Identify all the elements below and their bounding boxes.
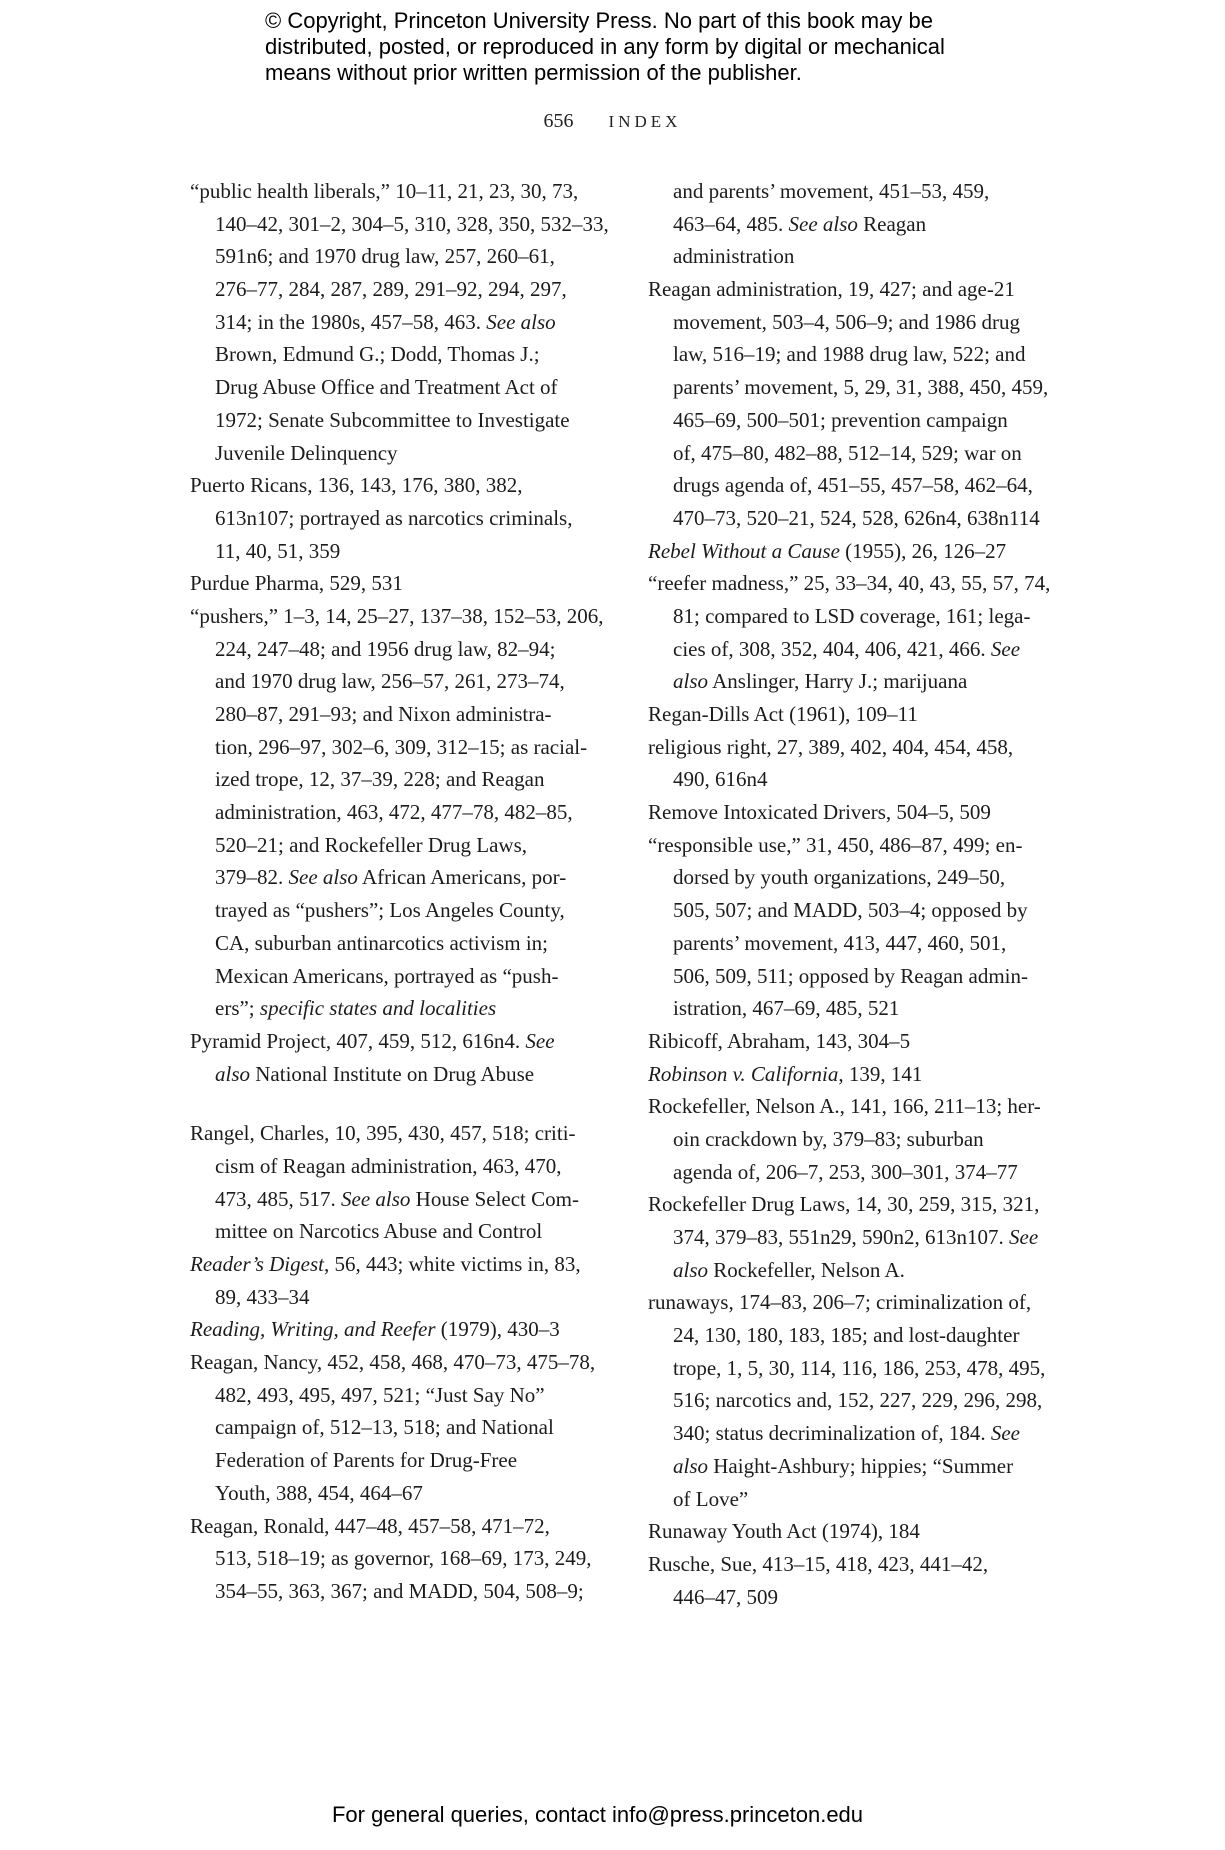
index-entry-heading-line: Runaway Youth Act (1974), 184 — [648, 1515, 1078, 1548]
copyright-notice: © Copyright, Princeton University Press.… — [265, 8, 1025, 86]
index-entry-subline: 506, 509, 511; opposed by Reagan admin- — [648, 960, 1078, 993]
italic-text: Rebel Without a Cause — [648, 539, 840, 563]
italic-text: See also — [789, 212, 858, 236]
index-entry: “pushers,” 1–3, 14, 25–27, 137–38, 152–5… — [190, 600, 620, 1025]
text: drugs agenda of, 451–55, 457–58, 462–64, — [673, 473, 1033, 497]
text: House Select Com- — [410, 1187, 579, 1211]
italic-text: See — [1009, 1225, 1038, 1249]
index-entry-subline: CA, suburban antinarcotics activism in; — [190, 927, 620, 960]
text: 280–87, 291–93; and Nixon administra- — [215, 702, 552, 726]
section-title: INDEX — [609, 112, 682, 131]
text: , 56, 443; white victims in, 83, — [324, 1252, 581, 1276]
text: Drug Abuse Office and Treatment Act of — [215, 375, 558, 399]
index-entry: Puerto Ricans, 136, 143, 176, 380, 382,6… — [190, 469, 620, 567]
text: 613n107; portrayed as narcotics criminal… — [215, 506, 572, 530]
text: 224, 247–48; and 1956 drug law, 82–94; — [215, 637, 555, 661]
text: cies of, 308, 352, 404, 406, 421, 466. — [673, 637, 991, 661]
index-entry-heading-line: Pyramid Project, 407, 459, 512, 616n4. S… — [190, 1025, 620, 1058]
index-entry: Ribicoff, Abraham, 143, 304–5 — [648, 1025, 1078, 1058]
text: oin crackdown by, 379–83; suburban — [673, 1127, 984, 1151]
index-entry-subline: Juvenile Delinquency — [190, 437, 620, 470]
text: parents’ movement, 5, 29, 31, 388, 450, … — [673, 375, 1048, 399]
index-entry: religious right, 27, 389, 402, 404, 454,… — [648, 731, 1078, 796]
index-entry-subline: dorsed by youth organizations, 249–50, — [648, 861, 1078, 894]
index-entry-subline: also Rockefeller, Nelson A. — [648, 1254, 1078, 1287]
italic-text: See — [525, 1029, 554, 1053]
index-entry-heading-line: religious right, 27, 389, 402, 404, 454,… — [648, 731, 1078, 764]
text: 276–77, 284, 287, 289, 291–92, 294, 297, — [215, 277, 567, 301]
index-entry: “reefer madness,” 25, 33–34, 40, 43, 55,… — [648, 567, 1078, 698]
text: Remove Intoxicated Drivers, 504–5, 509 — [648, 800, 991, 824]
index-entry-subline: cism of Reagan administration, 463, 470, — [190, 1150, 620, 1183]
text: Rockefeller, Nelson A. — [708, 1258, 905, 1282]
page-number: 656 — [544, 110, 574, 132]
index-entry-subline: 490, 616n4 — [648, 763, 1078, 796]
text: 81; compared to LSD coverage, 161; lega- — [673, 604, 1030, 628]
index-entry-heading-line: Reagan administration, 19, 427; and age-… — [648, 273, 1078, 306]
text: CA, suburban antinarcotics activism in; — [215, 931, 548, 955]
italic-text: also — [673, 1454, 708, 1478]
text: dorsed by youth organizations, 249–50, — [673, 865, 1005, 889]
text: 490, 616n4 — [673, 767, 768, 791]
index-entry: Rusche, Sue, 413–15, 418, 423, 441–42,44… — [648, 1548, 1078, 1613]
text: Anslinger, Harry J.; marijuana — [708, 669, 967, 693]
text: Youth, 388, 454, 464–67 — [215, 1481, 423, 1505]
index-entry-subline: 140–42, 301–2, 304–5, 310, 328, 350, 532… — [190, 208, 620, 241]
index-entry-heading-line: “pushers,” 1–3, 14, 25–27, 137–38, 152–5… — [190, 600, 620, 633]
text: “responsible use,” 31, 450, 486–87, 499;… — [648, 833, 1022, 857]
index-entry-heading-line: Rusche, Sue, 413–15, 418, 423, 441–42, — [648, 1548, 1078, 1581]
index-entry-heading-line: Reagan, Ronald, 447–48, 457–58, 471–72, — [190, 1510, 620, 1543]
index-entry-heading-line: Robinson v. California, 139, 141 — [648, 1058, 1078, 1091]
italic-text: Reader’s Digest — [190, 1252, 324, 1276]
index-entry-subline: Brown, Edmund G.; Dodd, Thomas J.; — [190, 338, 620, 371]
text: Brown, Edmund G.; Dodd, Thomas J.; — [215, 342, 540, 366]
text: tion, 296–97, 302–6, 309, 312–15; as rac… — [215, 735, 587, 759]
text: of Love” — [673, 1487, 748, 1511]
index-entry-subline: of Love” — [648, 1483, 1078, 1516]
italic-text: See also — [486, 310, 555, 334]
index-entry-subline: 513, 518–19; as governor, 168–69, 173, 2… — [190, 1542, 620, 1575]
italic-text: also — [673, 669, 708, 693]
text: Puerto Ricans, 136, 143, 176, 380, 382, — [190, 473, 522, 497]
index-entry-heading-line: Reading, Writing, and Reefer (1979), 430… — [190, 1313, 620, 1346]
index-entry-subline: ized trope, 12, 37–39, 228; and Reagan — [190, 763, 620, 796]
text: African Americans, por- — [358, 865, 566, 889]
text: 463–64, 485. — [673, 212, 789, 236]
italic-text: See — [991, 637, 1020, 661]
text: administration, 463, 472, 477–78, 482–85… — [215, 800, 573, 824]
text: Rockefeller, Nelson A., 141, 166, 211–13… — [648, 1094, 1041, 1118]
index-entry: Runaway Youth Act (1974), 184 — [648, 1515, 1078, 1548]
index-entry-subline: istration, 467–69, 485, 521 — [648, 992, 1078, 1025]
index-entry: Rebel Without a Cause (1955), 26, 126–27 — [648, 535, 1078, 568]
text: mittee on Narcotics Abuse and Control — [215, 1219, 542, 1243]
index-column-right: and parents’ movement, 451–53, 459,463–6… — [648, 175, 1078, 1613]
copyright-line: © Copyright, Princeton University Press.… — [265, 8, 1025, 34]
text: 473, 485, 517. — [215, 1187, 341, 1211]
index-entry-subline: tion, 296–97, 302–6, 309, 312–15; as rac… — [190, 731, 620, 764]
index-entry-subline: Federation of Parents for Drug-Free — [190, 1444, 620, 1477]
index-entry-subline: mittee on Narcotics Abuse and Control — [190, 1215, 620, 1248]
index-entry-heading-line: “responsible use,” 31, 450, 486–87, 499;… — [648, 829, 1078, 862]
index-entry-heading-line: “public health liberals,” 10–11, 21, 23,… — [190, 175, 620, 208]
index-entry-subline: also National Institute on Drug Abuse — [190, 1058, 620, 1091]
index-entry-subline: parents’ movement, 5, 29, 31, 388, 450, … — [648, 371, 1078, 404]
index-entry-heading-line: Remove Intoxicated Drivers, 504–5, 509 — [648, 796, 1078, 829]
text: Juvenile Delinquency — [215, 441, 398, 465]
text: and 1970 drug law, 256–57, 261, 273–74, — [215, 669, 565, 693]
text: law, 516–19; and 1988 drug law, 522; and — [673, 342, 1025, 366]
text: and parents’ movement, 451–53, 459, — [673, 179, 989, 203]
text: of, 475–80, 482–88, 512–14, 529; war on — [673, 441, 1022, 465]
index-entry-subline: 465–69, 500–501; prevention campaign — [648, 404, 1078, 437]
text: Rangel, Charles, 10, 395, 430, 457, 518;… — [190, 1121, 576, 1145]
index-entry: Reader’s Digest, 56, 443; white victims … — [190, 1248, 620, 1313]
index-entry-heading-line: Rebel Without a Cause (1955), 26, 126–27 — [648, 535, 1078, 568]
index-entry-subline: trope, 1, 5, 30, 114, 116, 186, 253, 478… — [648, 1352, 1078, 1385]
text: istration, 467–69, 485, 521 — [673, 996, 899, 1020]
text: Ribicoff, Abraham, 143, 304–5 — [648, 1029, 910, 1053]
index-entry-heading-line: Rockefeller Drug Laws, 14, 30, 259, 315,… — [648, 1188, 1078, 1221]
index-entry: “public health liberals,” 10–11, 21, 23,… — [190, 175, 620, 469]
index-entry: Rockefeller, Nelson A., 141, 166, 211–13… — [648, 1090, 1078, 1188]
index-entry-subline: law, 516–19; and 1988 drug law, 522; and — [648, 338, 1078, 371]
index-entry-heading-line: Reagan, Nancy, 452, 458, 468, 470–73, 47… — [190, 1346, 620, 1379]
index-entry: Remove Intoxicated Drivers, 504–5, 509 — [648, 796, 1078, 829]
index-entry-subline: 276–77, 284, 287, 289, 291–92, 294, 297, — [190, 273, 620, 306]
text: Reagan administration, 19, 427; and age-… — [648, 277, 1015, 301]
index-entry-subline: of, 475–80, 482–88, 512–14, 529; war on — [648, 437, 1078, 470]
index-entry: Purdue Pharma, 529, 531 — [190, 567, 620, 600]
index-entry-subline: campaign of, 512–13, 518; and National — [190, 1411, 620, 1444]
index-entry-subline: 482, 493, 495, 497, 521; “Just Say No” — [190, 1379, 620, 1412]
index-entry-heading-line: Regan-Dills Act (1961), 109–11 — [648, 698, 1078, 731]
text: 374, 379–83, 551n29, 590n2, 613n107. — [673, 1225, 1009, 1249]
text: 314; in the 1980s, 457–58, 463. — [215, 310, 486, 334]
index-entry-subline: 473, 485, 517. See also House Select Com… — [190, 1183, 620, 1216]
index-entry: Reading, Writing, and Reefer (1979), 430… — [190, 1313, 620, 1346]
index-entry-heading-line: “reefer madness,” 25, 33–34, 40, 43, 55,… — [648, 567, 1078, 600]
index-entry-subline: also Haight-Ashbury; hippies; “Summer — [648, 1450, 1078, 1483]
text: 520–21; and Rockefeller Drug Laws, — [215, 833, 527, 857]
index-entry-subline: agenda of, 206–7, 253, 300–301, 374–77 — [648, 1156, 1078, 1189]
index-entry-subline: and 1970 drug law, 256–57, 261, 273–74, — [190, 665, 620, 698]
index-entry-subline: 613n107; portrayed as narcotics criminal… — [190, 502, 620, 535]
index-entry: Rockefeller Drug Laws, 14, 30, 259, 315,… — [648, 1188, 1078, 1286]
footer: For general queries, contact info@press.… — [0, 1802, 1225, 1828]
index-entry-heading-line: Rangel, Charles, 10, 395, 430, 457, 518;… — [190, 1117, 620, 1150]
index-entry: and parents’ movement, 451–53, 459,463–6… — [648, 175, 1078, 273]
text: 482, 493, 495, 497, 521; “Just Say No” — [215, 1383, 545, 1407]
index-entry-heading-line: Puerto Ricans, 136, 143, 176, 380, 382, — [190, 469, 620, 502]
text: trope, 1, 5, 30, 114, 116, 186, 253, 478… — [673, 1356, 1045, 1380]
running-head: 656 INDEX — [0, 110, 1225, 133]
index-entry-subline: 81; compared to LSD coverage, 161; lega- — [648, 600, 1078, 633]
italic-text: See also — [289, 865, 358, 889]
text: , 139, 141 — [838, 1062, 922, 1086]
index-entry-subline: 591n6; and 1970 drug law, 257, 260–61, — [190, 240, 620, 273]
text: 505, 507; and MADD, 503–4; opposed by — [673, 898, 1028, 922]
italic-text: specific states and localities — [260, 996, 496, 1020]
footer-contact: For general queries, contact info@press.… — [332, 1802, 863, 1827]
text: (1979), 430–3 — [436, 1317, 560, 1341]
index-entry-subline: 1972; Senate Subcommittee to Investigate — [190, 404, 620, 437]
index-entry-subline: 463–64, 485. See also Reagan — [648, 208, 1078, 241]
index-entry-subline: movement, 503–4, 506–9; and 1986 drug — [648, 306, 1078, 339]
text: campaign of, 512–13, 518; and National — [215, 1415, 554, 1439]
text: Purdue Pharma, 529, 531 — [190, 571, 403, 595]
text: Pyramid Project, 407, 459, 512, 616n4. — [190, 1029, 525, 1053]
italic-text: also — [673, 1258, 708, 1282]
text: movement, 503–4, 506–9; and 1986 drug — [673, 310, 1020, 334]
text: Reagan — [858, 212, 926, 236]
index-entry-subline: also Anslinger, Harry J.; marijuana — [648, 665, 1078, 698]
index-entry: Regan-Dills Act (1961), 109–11 — [648, 698, 1078, 731]
index-entry-subline: 446–47, 509 — [648, 1581, 1078, 1614]
italic-text: Robinson v. California — [648, 1062, 838, 1086]
text: “pushers,” 1–3, 14, 25–27, 137–38, 152–5… — [190, 604, 604, 628]
index-entry: Reagan, Nancy, 452, 458, 468, 470–73, 47… — [190, 1346, 620, 1509]
text: Haight-Ashbury; hippies; “Summer — [708, 1454, 1013, 1478]
text: 140–42, 301–2, 304–5, 310, 328, 350, 532… — [215, 212, 609, 236]
text: 89, 433–34 — [215, 1285, 310, 1309]
text: ized trope, 12, 37–39, 228; and Reagan — [215, 767, 545, 791]
letter-group-gap — [190, 1090, 620, 1117]
index-entry-subline: 11, 40, 51, 359 — [190, 535, 620, 568]
index-entry-subline: Drug Abuse Office and Treatment Act of — [190, 371, 620, 404]
index-entry-subline: 354–55, 363, 367; and MADD, 504, 508–9; — [190, 1575, 620, 1608]
text: Reagan, Ronald, 447–48, 457–58, 471–72, — [190, 1514, 550, 1538]
text: 446–47, 509 — [673, 1585, 778, 1609]
index-entry-subline: and parents’ movement, 451–53, 459, — [648, 175, 1078, 208]
text: trayed as “pushers”; Los Angeles County, — [215, 898, 565, 922]
index-entry: Reagan, Ronald, 447–48, 457–58, 471–72,5… — [190, 1510, 620, 1608]
index-entry-subline: 89, 433–34 — [190, 1281, 620, 1314]
text: 354–55, 363, 367; and MADD, 504, 508–9; — [215, 1579, 584, 1603]
index-entry-heading-line: Rockefeller, Nelson A., 141, 166, 211–13… — [648, 1090, 1078, 1123]
text: 379–82. — [215, 865, 289, 889]
index-entry: Pyramid Project, 407, 459, 512, 616n4. S… — [190, 1025, 620, 1090]
text: 11, 40, 51, 359 — [215, 539, 340, 563]
italic-text: Reading, Writing, and Reefer — [190, 1317, 436, 1341]
text: cism of Reagan administration, 463, 470, — [215, 1154, 561, 1178]
index-entry-subline: Mexican Americans, portrayed as “push- — [190, 960, 620, 993]
text: 340; status decriminalization of, 184. — [673, 1421, 991, 1445]
text: 24, 130, 180, 183, 185; and lost-daughte… — [673, 1323, 1019, 1347]
text: 513, 518–19; as governor, 168–69, 173, 2… — [215, 1546, 592, 1570]
text: Federation of Parents for Drug-Free — [215, 1448, 517, 1472]
index-entry-subline: parents’ movement, 413, 447, 460, 501, — [648, 927, 1078, 960]
index-entry-subline: 224, 247–48; and 1956 drug law, 82–94; — [190, 633, 620, 666]
text: 591n6; and 1970 drug law, 257, 260–61, — [215, 244, 555, 268]
index-entry-heading-line: runaways, 174–83, 206–7; criminalization… — [648, 1286, 1078, 1319]
italic-text: also — [215, 1062, 250, 1086]
index-entry-subline: administration, 463, 472, 477–78, 482–85… — [190, 796, 620, 829]
text: Rusche, Sue, 413–15, 418, 423, 441–42, — [648, 1552, 988, 1576]
index-entry-subline: 280–87, 291–93; and Nixon administra- — [190, 698, 620, 731]
text: Reagan, Nancy, 452, 458, 468, 470–73, 47… — [190, 1350, 595, 1374]
index-entry: Robinson v. California, 139, 141 — [648, 1058, 1078, 1091]
text: 465–69, 500–501; prevention campaign — [673, 408, 1008, 432]
index-entry-subline: 374, 379–83, 551n29, 590n2, 613n107. See — [648, 1221, 1078, 1254]
text: 470–73, 520–21, 524, 528, 626n4, 638n114 — [673, 506, 1040, 530]
index-entry: runaways, 174–83, 206–7; criminalization… — [648, 1286, 1078, 1515]
text: Runaway Youth Act (1974), 184 — [648, 1519, 920, 1543]
index-entry-subline: 470–73, 520–21, 524, 528, 626n4, 638n114 — [648, 502, 1078, 535]
copyright-line: distributed, posted, or reproduced in an… — [265, 34, 1025, 60]
text: (1955), 26, 126–27 — [840, 539, 1006, 563]
text: runaways, 174–83, 206–7; criminalization… — [648, 1290, 1031, 1314]
text: 506, 509, 511; opposed by Reagan admin- — [673, 964, 1028, 988]
text: “public health liberals,” 10–11, 21, 23,… — [190, 179, 578, 203]
index-entry: Reagan administration, 19, 427; and age-… — [648, 273, 1078, 535]
text: 1972; Senate Subcommittee to Investigate — [215, 408, 570, 432]
index-entry-subline: 340; status decriminalization of, 184. S… — [648, 1417, 1078, 1450]
index-entry-subline: cies of, 308, 352, 404, 406, 421, 466. S… — [648, 633, 1078, 666]
index-entry-subline: 520–21; and Rockefeller Drug Laws, — [190, 829, 620, 862]
index-entry-subline: 379–82. See also African Americans, por- — [190, 861, 620, 894]
index-entry-subline: trayed as “pushers”; Los Angeles County, — [190, 894, 620, 927]
copyright-line: means without prior written permission o… — [265, 60, 1025, 86]
italic-text: See — [991, 1421, 1020, 1445]
text: religious right, 27, 389, 402, 404, 454,… — [648, 735, 1013, 759]
text: Regan-Dills Act (1961), 109–11 — [648, 702, 918, 726]
index-entry-subline: oin crackdown by, 379–83; suburban — [648, 1123, 1078, 1156]
index-entry-subline: administration — [648, 240, 1078, 273]
index-entry-subline: 24, 130, 180, 183, 185; and lost-daughte… — [648, 1319, 1078, 1352]
index-column-left: “public health liberals,” 10–11, 21, 23,… — [190, 175, 620, 1608]
index-entry-heading-line: Reader’s Digest, 56, 443; white victims … — [190, 1248, 620, 1281]
index-entry-subline: ers”; specific states and localities — [190, 992, 620, 1025]
index-entry: “responsible use,” 31, 450, 486–87, 499;… — [648, 829, 1078, 1025]
text: agenda of, 206–7, 253, 300–301, 374–77 — [673, 1160, 1018, 1184]
index-entry-subline: 314; in the 1980s, 457–58, 463. See also — [190, 306, 620, 339]
index-entry-subline: drugs agenda of, 451–55, 457–58, 462–64, — [648, 469, 1078, 502]
index-entry-heading-line: Ribicoff, Abraham, 143, 304–5 — [648, 1025, 1078, 1058]
italic-text: See also — [341, 1187, 410, 1211]
index-entry-heading-line: Purdue Pharma, 529, 531 — [190, 567, 620, 600]
text: Mexican Americans, portrayed as “push- — [215, 964, 558, 988]
text: 516; narcotics and, 152, 227, 229, 296, … — [673, 1388, 1042, 1412]
index-entry: Rangel, Charles, 10, 395, 430, 457, 518;… — [190, 1117, 620, 1248]
index-entry-subline: Youth, 388, 454, 464–67 — [190, 1477, 620, 1510]
text: parents’ movement, 413, 447, 460, 501, — [673, 931, 1006, 955]
text: administration — [673, 244, 794, 268]
index-entry-subline: 505, 507; and MADD, 503–4; opposed by — [648, 894, 1078, 927]
index-entry-subline: 516; narcotics and, 152, 227, 229, 296, … — [648, 1384, 1078, 1417]
text: National Institute on Drug Abuse — [250, 1062, 534, 1086]
text: “reefer madness,” 25, 33–34, 40, 43, 55,… — [648, 571, 1050, 595]
text: ers”; — [215, 996, 260, 1020]
text: Rockefeller Drug Laws, 14, 30, 259, 315,… — [648, 1192, 1039, 1216]
